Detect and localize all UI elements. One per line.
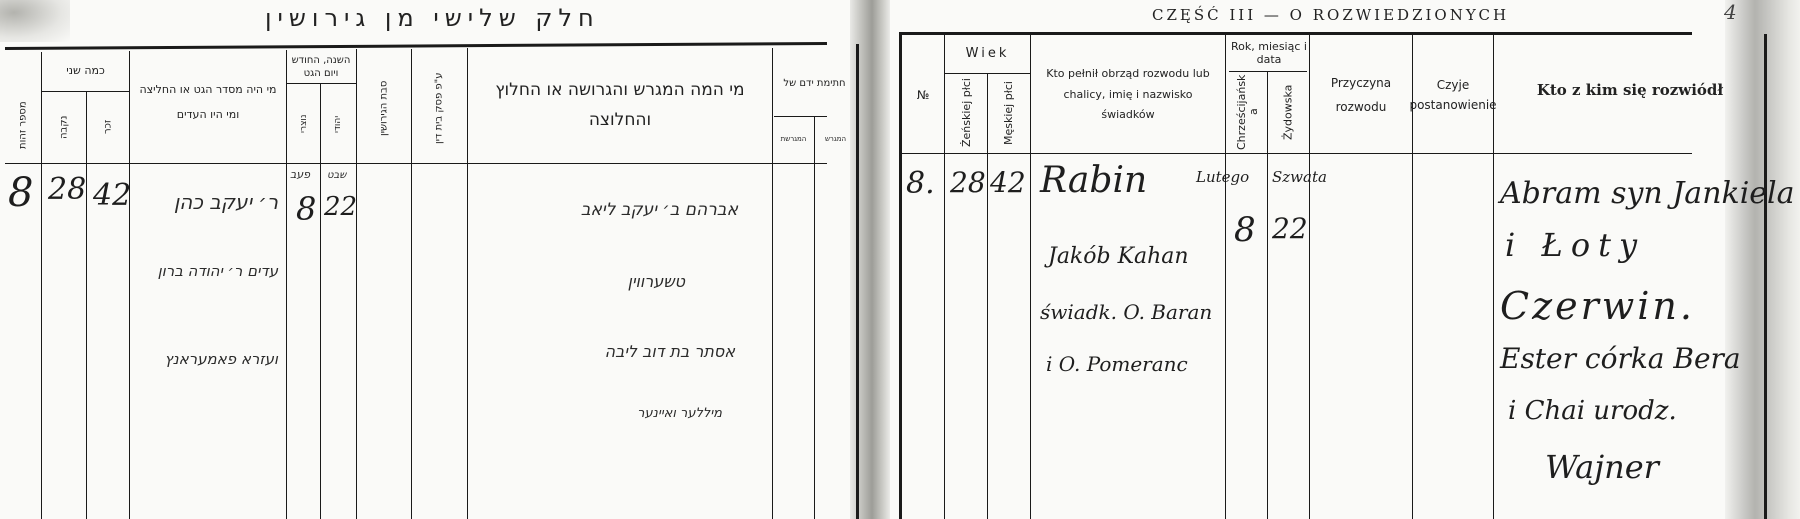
header-officiant-he: מי היה מסדר הגט או החליצה ומי היו העדים [134,72,282,132]
header-age-male-pl: Męskiej płci [992,76,1026,150]
header-number-pl: № [902,80,944,110]
col-divider [1309,35,1310,519]
entry-officiant-line: Rabin [1040,160,1147,201]
entry-parties-line: i Chai urodz. [1508,396,1677,426]
right-section-title: CZĘŚĆ III — O ROZWIEDZIONYCH [1152,6,1509,24]
entry-parties-line: i Łoty [1505,226,1645,264]
entry-date-jewish-month-pl: Szwata [1272,168,1327,186]
col-divider [1267,72,1268,519]
col-divider [987,73,988,519]
entry-age-male-he: 42 [93,178,131,213]
entry-parties-line: אסתר בת דוב ליבה [605,342,735,361]
header-number-he: מספר זהות [8,92,38,158]
entry-officiant-line: Jakób Kahan [1048,244,1189,269]
right-table-right-border [1764,34,1767,519]
entry-officiant-line: ר׳ יעקב כהן [174,190,278,214]
header-signature-group-he: חתימת ידם של [773,52,856,114]
entry-parties-line: Wajner [1545,448,1659,486]
left-sig-subrule [774,116,827,117]
header-sig-divorcer-he: המגרש [815,118,856,162]
header-date-jewish-pl: Żydowska [1272,74,1306,150]
header-parties-pl: Kto z kim się rozwiódł [1496,60,1764,120]
entry-parties-line: Ester córka Bera [1500,342,1741,375]
col-divider [467,48,468,519]
entry-parties-line: מיללער ואיינער [637,406,722,421]
col-divider [129,51,130,519]
left-section-title: חלק שלישי מן גירושין [265,4,600,32]
col-divider [944,35,945,519]
header-age-group-pl: Wiek [945,36,1030,72]
col-divider [86,91,87,519]
entry-date-christian-month-pl: Lutego [1196,168,1249,186]
header-date-group-he: השנה, החודש ויום הגט [286,50,356,83]
entry-officiant-line: świadk. O. Baran [1040,300,1212,324]
right-header-bottom-rule [900,153,1692,154]
header-sig-divorcee-he: המגרשת [773,118,814,162]
header-age-female-he: נקבה [46,96,82,158]
entry-date-christian-month-he: פעב [290,168,310,181]
entry-parties-line: טשערווין [628,272,685,291]
header-age-group-he: כמה שני [42,52,129,90]
header-date-christian-he: נוצרי [290,88,318,160]
right-date-subrule [1229,71,1307,72]
entry-number-he: 8 [8,170,33,216]
header-date-group-pl: Rok, miesiąc i data [1228,36,1310,70]
col-divider [356,49,357,519]
entry-date-christian-day-pl: 8 [1234,210,1256,250]
entry-date-jewish-day-pl: 22 [1272,212,1308,245]
entry-officiant-line: ועזרא פאמעראנץ [165,350,279,368]
entry-date-jewish-day-he: 22 [324,192,357,222]
header-reason-pl: Przyczyna rozwodu [1312,58,1410,132]
right-table-top-border [900,32,1692,35]
header-officiant-pl: Kto pełnił obrząd rozwodu lub chalicy, i… [1036,56,1220,134]
left-date-subrule [286,83,356,84]
col-divider [286,50,287,519]
header-decree-pl: Czyje postanowienie [1416,50,1490,140]
col-divider [814,116,815,519]
header-parties-he: מי המה המגרש והגרושה או החלוץ והחלוצה [472,70,768,142]
page-stain [0,0,70,42]
header-age-male-he: זכר [90,96,126,158]
page-number: 4 [1724,0,1737,24]
entry-parties-line: Czerwin. [1500,284,1695,328]
header-date-christian-pl: Chrześcijańska [1230,74,1266,150]
entry-date-christian-day-he: 8 [296,190,316,228]
entry-number-pl: 8. [906,166,935,201]
col-divider [411,49,412,519]
entry-parties-line: Abram syn Jankiela [1500,176,1795,211]
entry-parties-line: אברהם ב׳ יעקב ליאב [581,200,738,220]
header-date-jewish-he: יהודי [324,88,352,160]
entry-officiant-line: i O. Pomeranc [1046,352,1188,376]
col-divider [41,52,42,519]
left-table-right-border [856,44,859,519]
header-reason-he: סבת הגירושין [362,56,406,160]
entry-age-female-he: 28 [48,172,86,207]
col-divider [1030,35,1031,519]
entry-age-female-pl: 28 [950,166,986,199]
col-divider [320,83,321,519]
entry-date-jewish-month-he: שבט [327,170,346,181]
header-decree-he: ע"פ פסק בית דין [416,56,462,160]
header-age-female-pl: Żeńskiej płci [950,76,984,150]
col-divider [1225,35,1226,519]
entry-age-male-pl: 42 [990,166,1026,199]
entry-officiant-line: עדים ר׳ יהודה ברון [158,262,278,280]
